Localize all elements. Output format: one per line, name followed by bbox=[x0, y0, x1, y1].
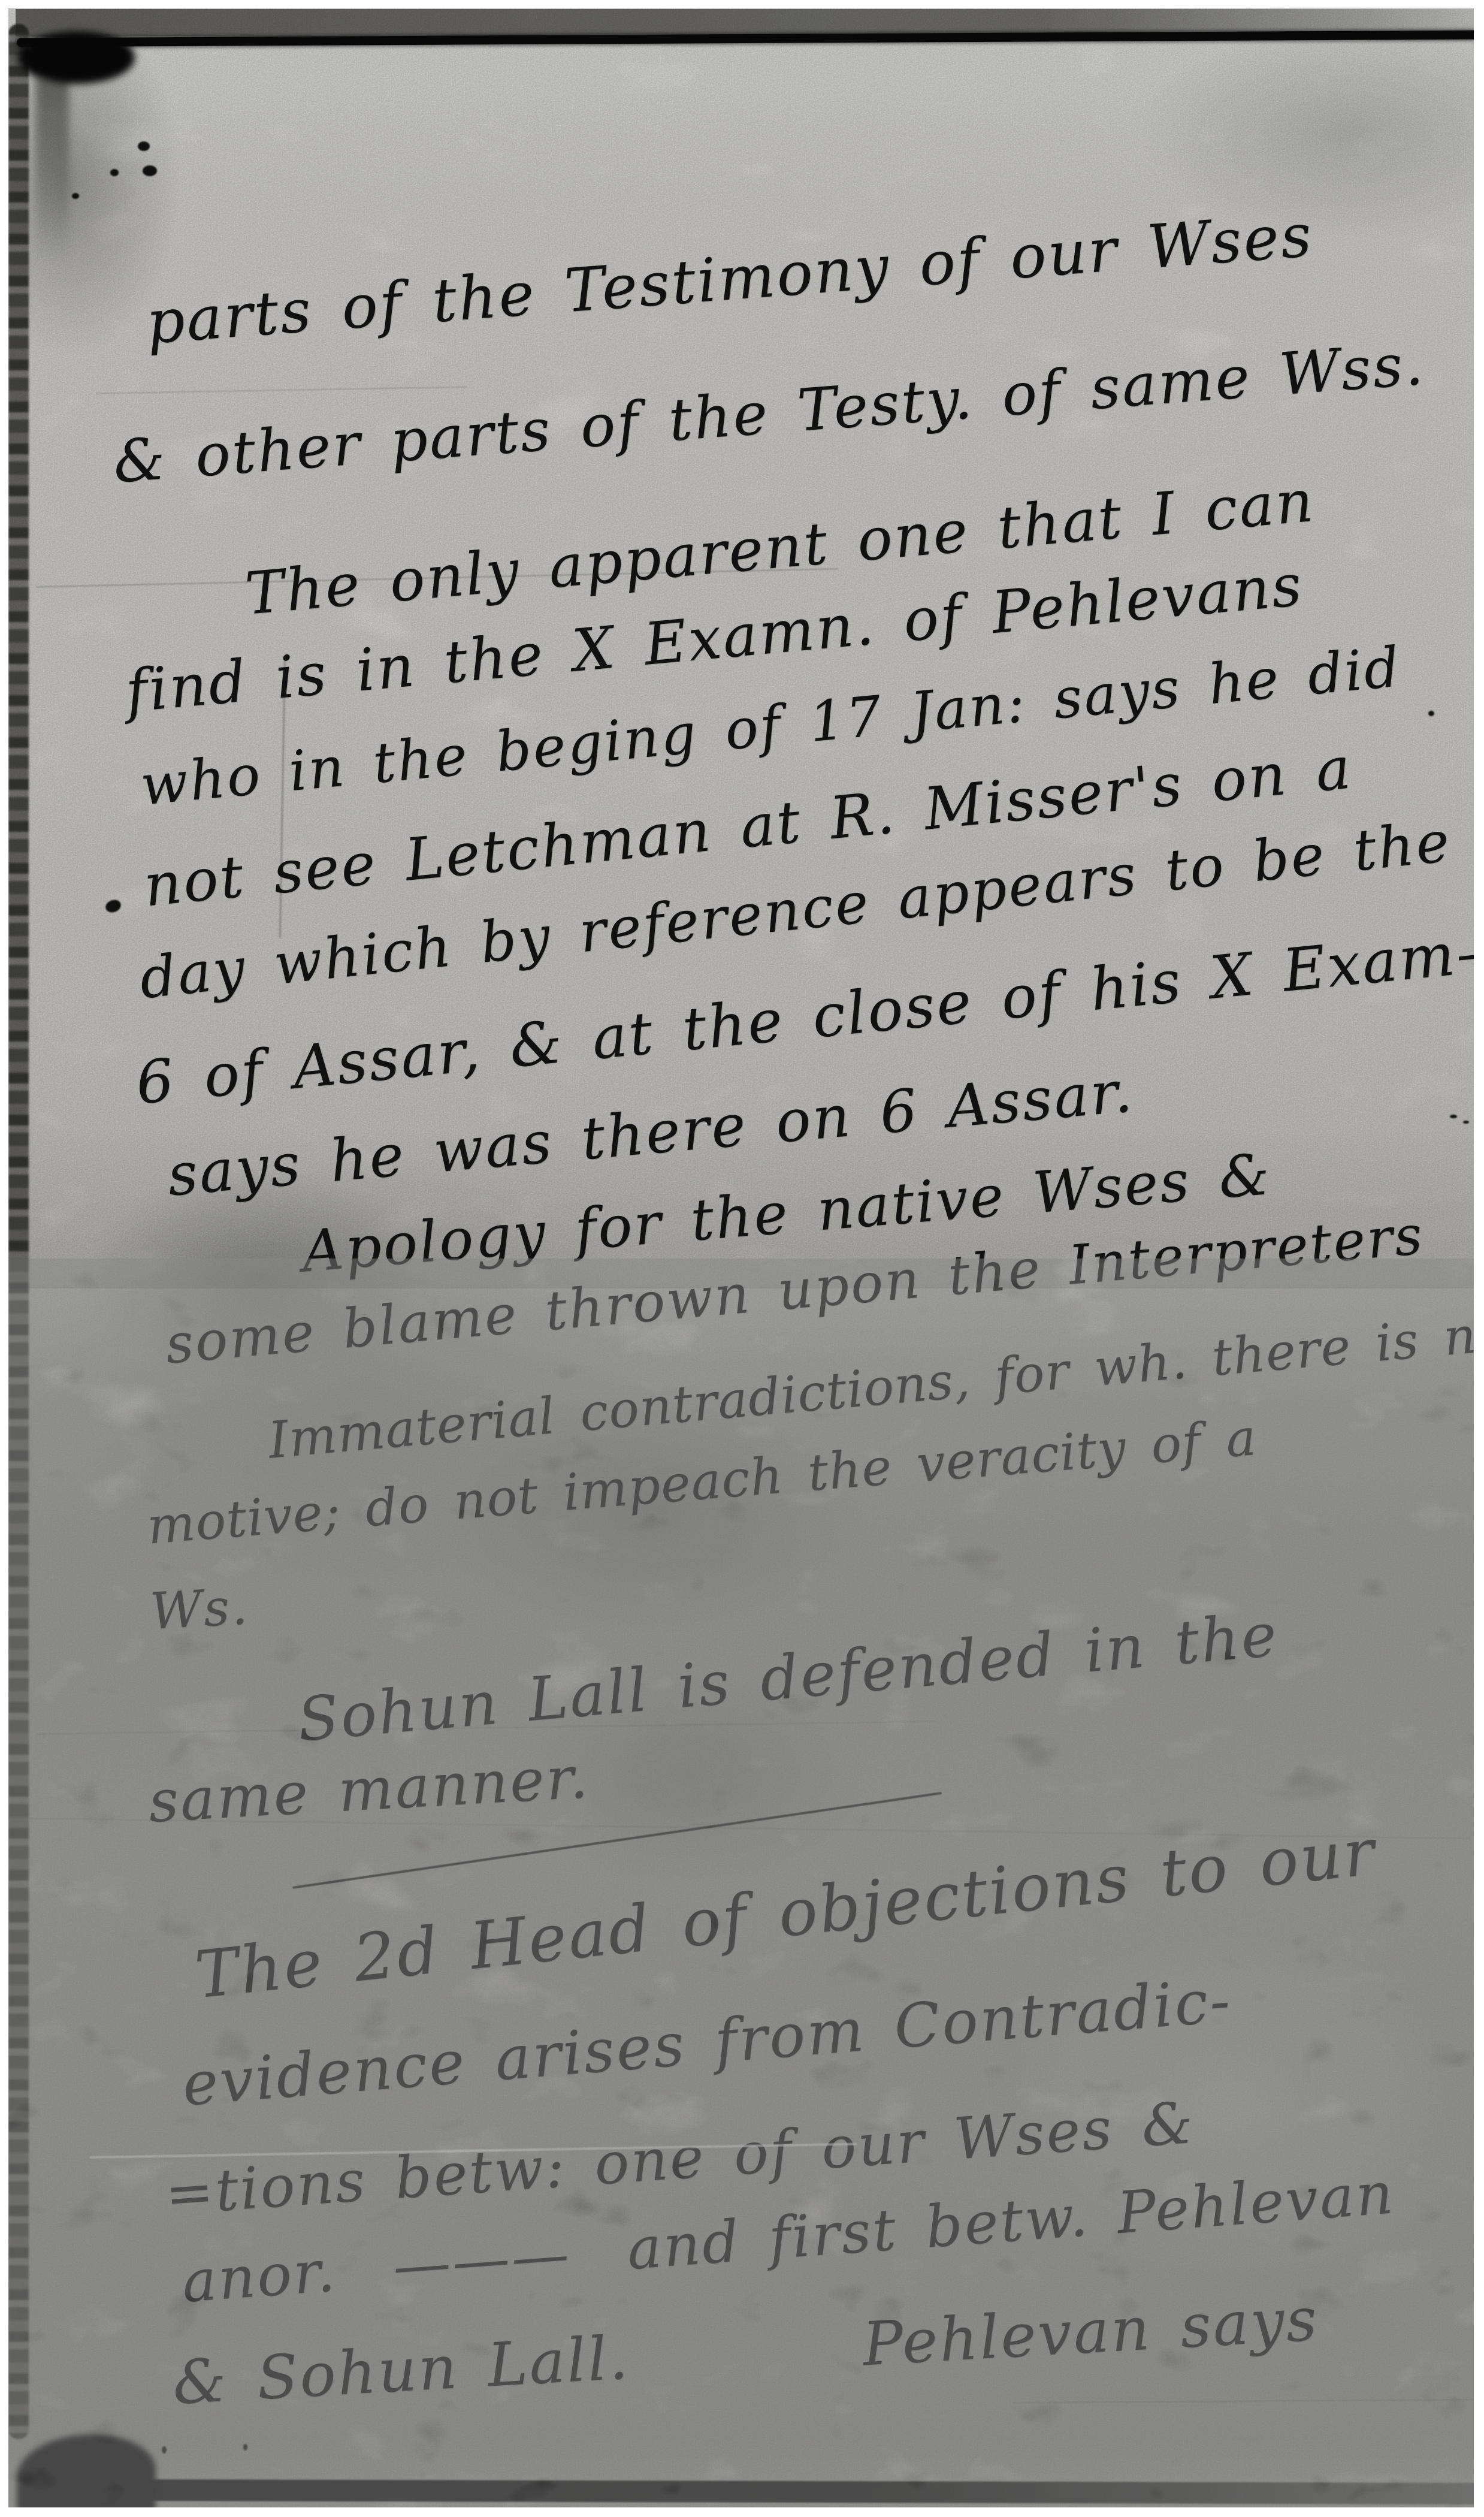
ink-speck bbox=[138, 141, 150, 151]
corner-smudge bbox=[36, 77, 69, 262]
ink-speck bbox=[143, 165, 157, 176]
scanned-document: parts of the Testimony of our Wses & oth… bbox=[0, 0, 1484, 2517]
ink-speck bbox=[1428, 711, 1434, 716]
bottom-scan-bar bbox=[123, 2479, 1478, 2504]
ink-speck bbox=[162, 2446, 167, 2453]
ink-speck bbox=[243, 2444, 247, 2450]
scan-margin-right bbox=[1474, 0, 1484, 2517]
ink-speck bbox=[110, 169, 119, 176]
top-corner-blot bbox=[18, 31, 135, 84]
binding-edge-strip bbox=[8, 24, 29, 2439]
ink-speck bbox=[72, 193, 79, 199]
scan-margin-top bbox=[0, 0, 1484, 8]
ink-speck bbox=[1450, 1115, 1457, 1118]
scan-margin-left bbox=[0, 0, 8, 2517]
ink-speck bbox=[1463, 1121, 1469, 1124]
scan-margin-bottom bbox=[0, 2507, 1484, 2517]
handwritten-line-14: Ws. bbox=[149, 1577, 250, 1641]
